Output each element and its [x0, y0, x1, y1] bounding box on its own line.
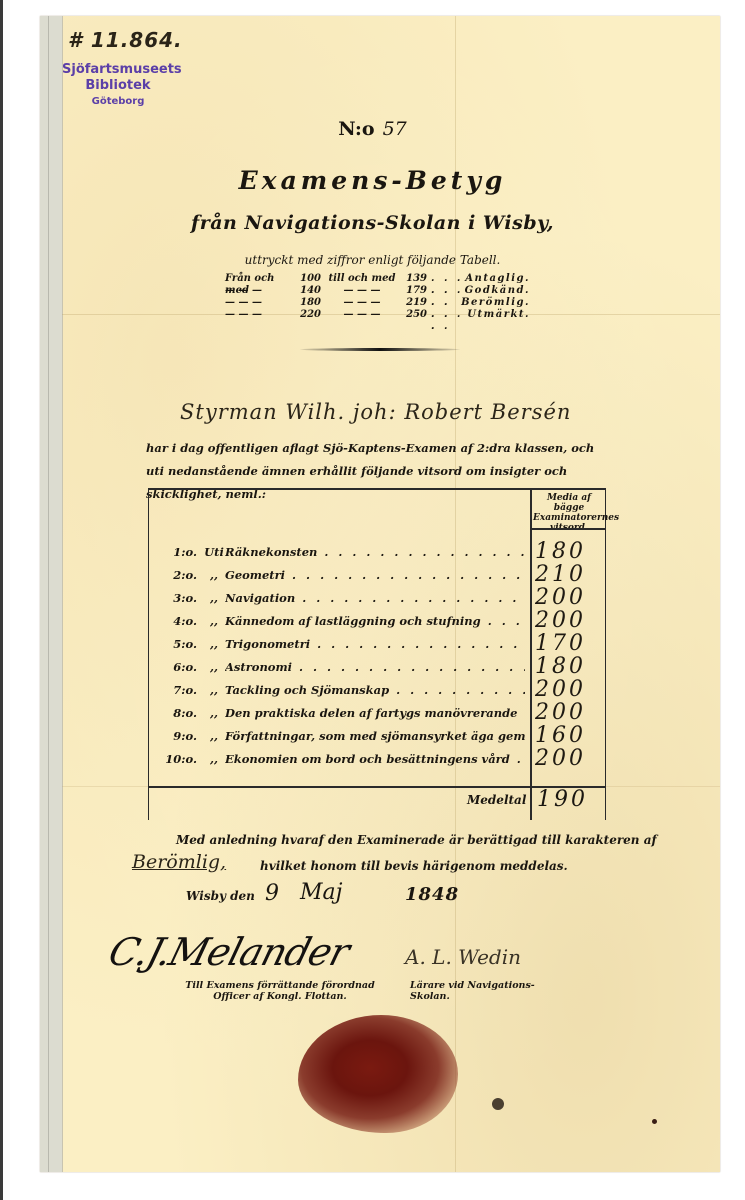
scale-row: — — — 140 — — — 179 . . . . . Godkänd.: [225, 285, 530, 297]
scale-dots: . . . . .: [427, 297, 461, 309]
scale-grade: Godkänd.: [465, 285, 530, 297]
row-grade: 200: [535, 585, 601, 610]
row-subject: Ekonomien om bord och besättningens vård: [225, 752, 525, 766]
scale-to: 219: [403, 297, 427, 309]
divider-ornament: [300, 348, 460, 351]
scale-dots: . . . . .: [427, 285, 465, 297]
row-ditto: ,,: [203, 683, 225, 697]
teacher-signature: A. L. Wedin: [405, 945, 521, 969]
scale-row: — — — 220 — — — 250 . . . . . Utmärkt.: [225, 309, 530, 321]
row-ditto: ,,: [203, 614, 225, 628]
scale-grade: Berömlig.: [461, 297, 530, 309]
row-subject: Astronomi: [225, 660, 525, 674]
library-stamp: Sjöfartsmuseets Bibliotek Göteborg: [62, 62, 174, 110]
officer-caption-line-2: Officer af Kongl. Flottan.: [180, 991, 380, 1002]
row-grade: 160: [535, 723, 601, 748]
table-row: 2:o. ,, Geometri 210: [149, 563, 605, 586]
row-ditto: ,,: [203, 729, 225, 743]
table-row: 6:o. ,, Astronomi 180: [149, 655, 605, 678]
row-ditto: ,,: [203, 660, 225, 674]
table-row: 3:o. ,, Navigation 200: [149, 586, 605, 609]
row-ditto: ,,: [203, 637, 225, 651]
row-number: 5:o.: [149, 637, 203, 651]
average-value: 190: [537, 787, 588, 812]
document-subtitle: från Navigations-Skolan i Wisby,: [0, 212, 745, 234]
scale-prefix: — — —: [225, 297, 297, 309]
row-subject: Kännedom af lastläggning och stufning: [225, 614, 525, 628]
row-subject: Navigation: [225, 591, 525, 605]
row-number: 10:o.: [149, 752, 203, 766]
row-grade: 200: [535, 700, 601, 725]
row-number: 8:o.: [149, 706, 203, 720]
results-table: Media af bägge Examinatorernes vitsord. …: [148, 488, 606, 820]
date-month: Maj: [300, 880, 342, 905]
grade-column-header: Media af bägge Examinatorernes vitsord.: [533, 493, 605, 533]
row-grade: 200: [535, 677, 601, 702]
scale-to: 139: [403, 273, 427, 285]
officer-caption-line-1: Till Examens förrättande förordnad: [180, 980, 380, 991]
number-value: 57: [383, 118, 407, 140]
date-year: 1848: [405, 884, 459, 905]
row-ditto: Uti: [203, 545, 225, 559]
row-number: 9:o.: [149, 729, 203, 743]
row-subject: Den praktiska delen af fartygs manövrera…: [225, 706, 525, 720]
table-row: 8:o. ,, Den praktiska delen af fartygs m…: [149, 701, 605, 724]
candidate-name: Styrman Wilh. joh: Robert Bersén: [180, 400, 571, 424]
scale-mid: — — —: [321, 285, 403, 297]
table-row: 9:o. ,, Författningar, som med sjömansyr…: [149, 724, 605, 747]
header-rule: [531, 528, 605, 530]
scale-mid: till och med: [321, 273, 403, 285]
conclusion-line-2: hvilket honom till bevis härigenom medde…: [260, 859, 568, 873]
row-grade: 180: [535, 654, 601, 679]
row-subject: Trigonometri: [225, 637, 525, 651]
table-row: 4:o. ,, Kännedom af lastläggning och stu…: [149, 609, 605, 632]
ink-speck: [652, 1119, 657, 1124]
scale-from: 180: [297, 297, 321, 309]
certificate-number: N:o57: [0, 118, 745, 140]
officer-signature: C.J.Melander: [104, 930, 354, 974]
scale-prefix: — — —: [225, 285, 297, 297]
document-title: Examens-Betyg: [0, 166, 745, 195]
date-day: 9: [265, 881, 279, 906]
character-grade-handwritten: Berömlig,: [132, 851, 226, 873]
grading-scale-table: Från och med 100 till och med 139 . . . …: [225, 273, 530, 321]
scale-grade: Utmärkt.: [467, 309, 530, 321]
row-grade: 200: [535, 746, 601, 771]
scale-to: 250: [403, 309, 427, 321]
scale-row: Från och med 100 till och med 139 . . . …: [225, 273, 530, 285]
scale-prefix: Från och med: [225, 273, 297, 285]
row-grade: 170: [535, 631, 601, 656]
place-label: Wisby den: [186, 889, 255, 903]
row-subject: Räknekonsten: [225, 545, 525, 559]
row-number: 6:o.: [149, 660, 203, 674]
row-grade: 210: [535, 562, 601, 587]
row-ditto: ,,: [203, 568, 225, 582]
row-ditto: ,,: [203, 752, 225, 766]
scale-intro: uttryckt med ziffror enligt följande Tab…: [0, 253, 745, 267]
scale-from: 100: [297, 273, 321, 285]
table-row: 5:o. ,, Trigonometri 170: [149, 632, 605, 655]
average-label: Medeltal: [467, 793, 526, 807]
row-number: 2:o.: [149, 568, 203, 582]
row-number: 4:o.: [149, 614, 203, 628]
row-subject: Tackling och Sjömanskap: [225, 683, 525, 697]
scale-row: — — — 180 — — — 219 . . . . . Berömlig.: [225, 297, 530, 309]
scale-to: 179: [403, 285, 427, 297]
scale-grade: Antaglig.: [465, 273, 530, 285]
stamp-line-2: Bibliotek: [62, 78, 174, 94]
row-number: 1:o.: [149, 545, 203, 559]
stamp-line-1: Sjöfartsmuseets: [62, 62, 174, 78]
table-row: 7:o. ,, Tackling och Sjömanskap 200: [149, 678, 605, 701]
wax-seal: [298, 1015, 458, 1133]
teacher-caption: Lärare vid Navigations-Skolan.: [410, 980, 570, 1002]
conclusion-line-1: Med anledning hvaraf den Examinerade är …: [176, 833, 657, 847]
scale-dots: . . . . .: [427, 309, 467, 321]
table-row: 1:o. Uti Räknekonsten 180: [149, 540, 605, 563]
scale-prefix: — — —: [225, 309, 297, 321]
scale-from: 140: [297, 285, 321, 297]
row-grade: 200: [535, 608, 601, 633]
row-number: 7:o.: [149, 683, 203, 697]
officer-caption: Till Examens förrättande förordnad Offic…: [180, 980, 380, 1002]
row-subject: Författningar, som med sjömansyrket äga …: [225, 729, 525, 743]
stamp-line-3: Göteborg: [62, 94, 174, 110]
row-ditto: ,,: [203, 591, 225, 605]
row-grade: 180: [535, 539, 601, 564]
number-label: N:o: [338, 118, 374, 140]
scale-mid: — — —: [321, 297, 403, 309]
row-subject: Geometri: [225, 568, 525, 582]
scale-mid: — — —: [321, 309, 403, 321]
row-number: 3:o.: [149, 591, 203, 605]
table-row: 10:o. ,, Ekonomien om bord och besättnin…: [149, 747, 605, 770]
accession-number: # 11.864.: [68, 28, 183, 52]
scale-dots: . . . . .: [427, 273, 465, 285]
row-ditto: ,,: [203, 706, 225, 720]
ink-spot: [492, 1098, 504, 1110]
scale-from: 220: [297, 309, 321, 321]
